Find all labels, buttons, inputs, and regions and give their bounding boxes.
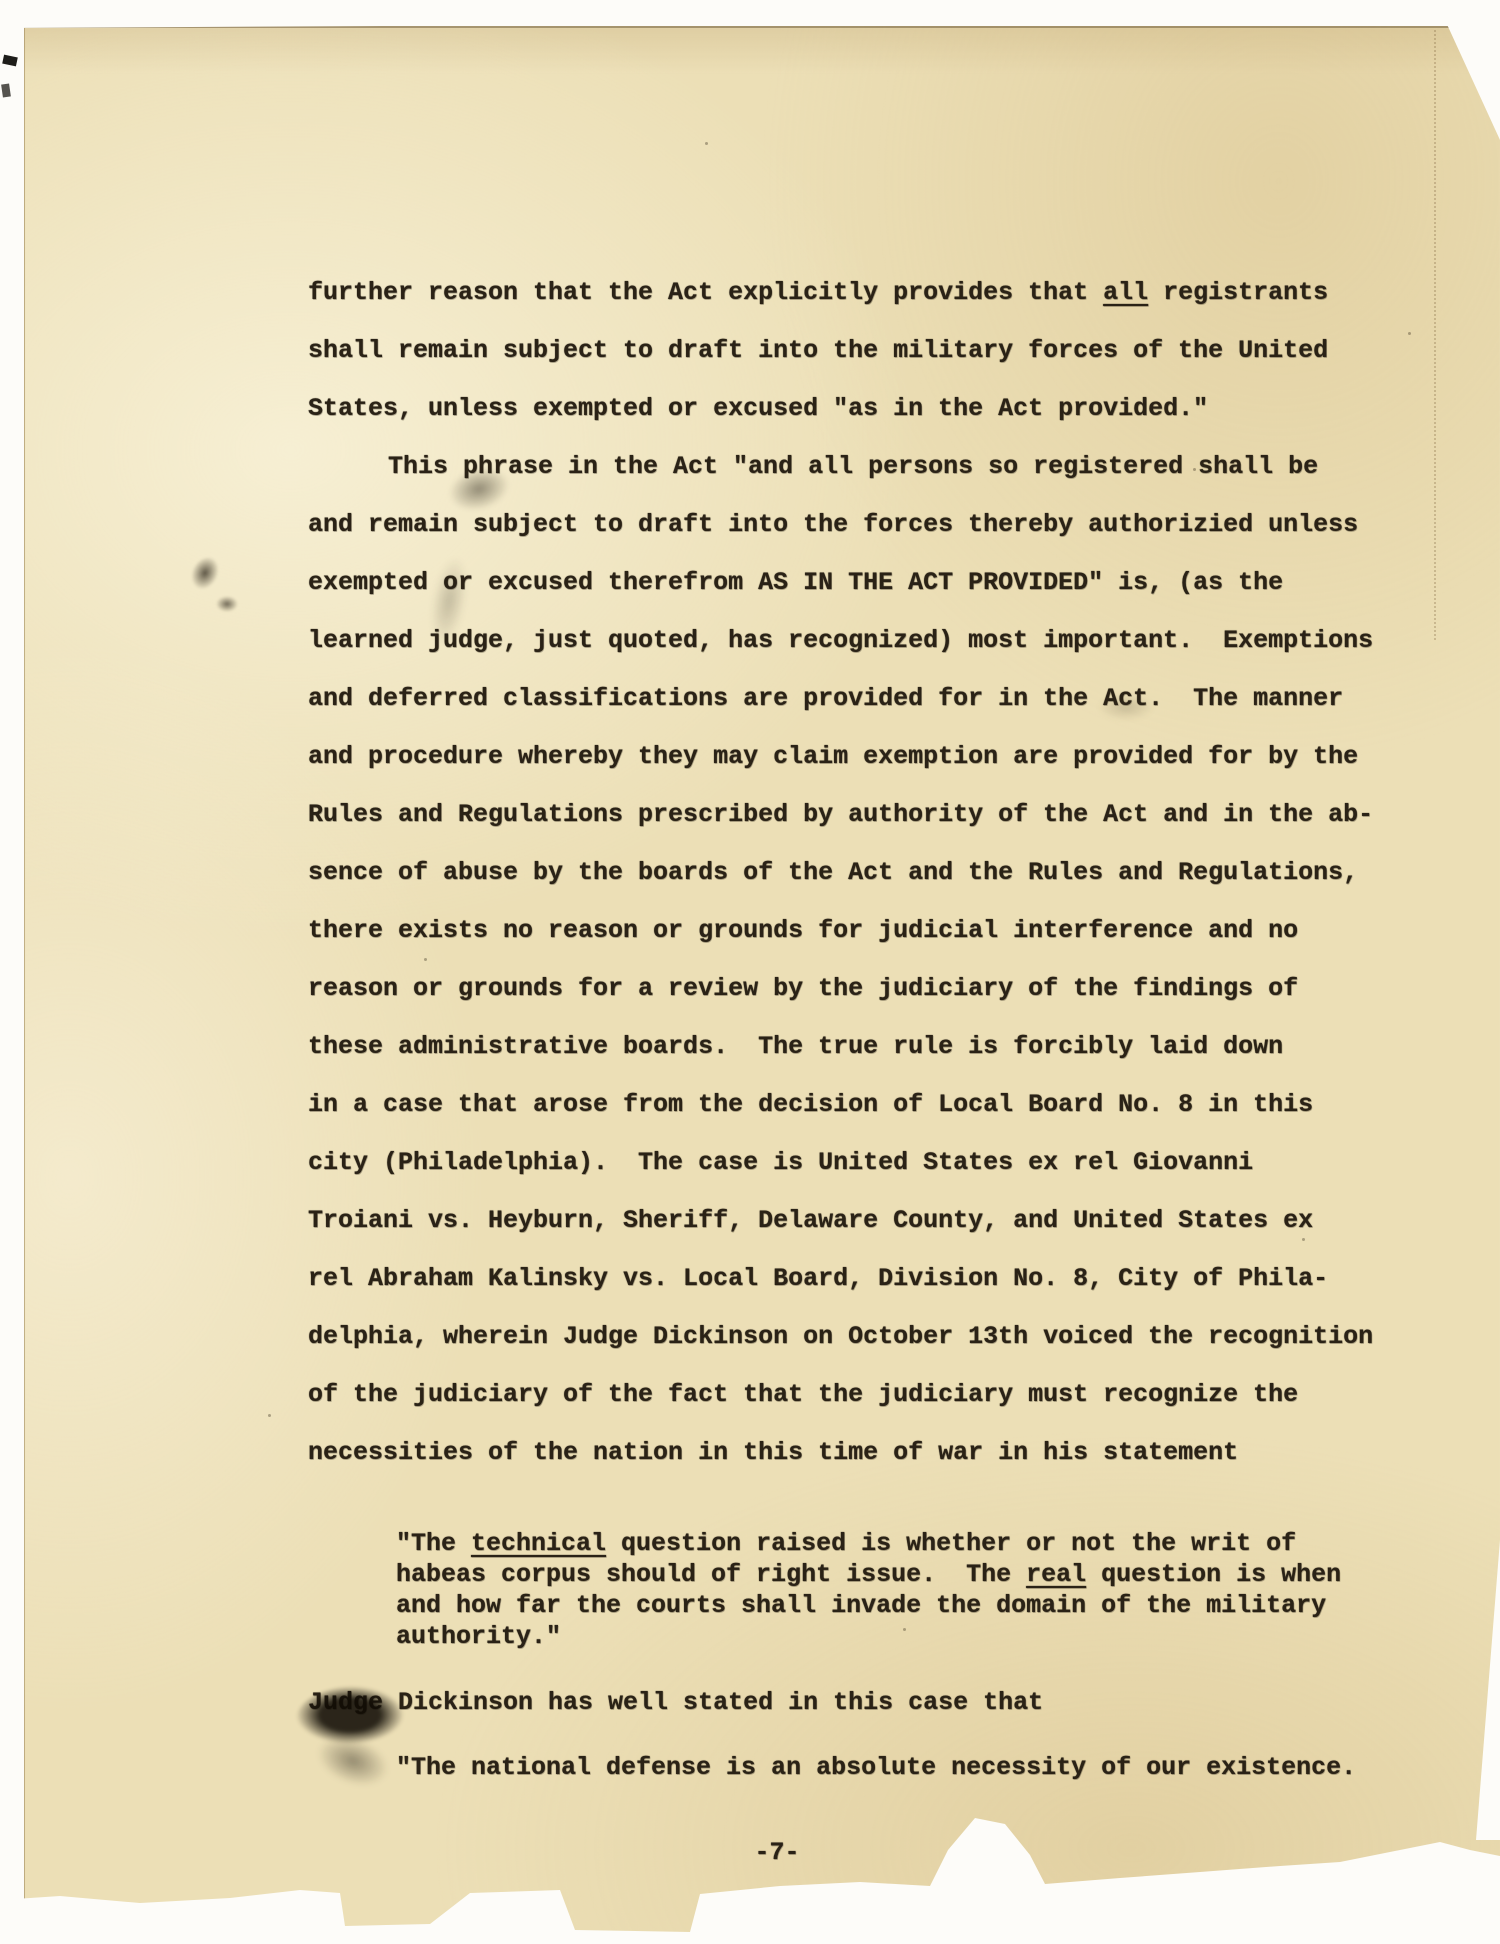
paper-speck [705,142,708,145]
typed-line: and remain subject to draft into the for… [308,496,1373,554]
typed-line: city (Philadelphia). The case is United … [308,1134,1373,1192]
typed-text: learned judge, just quoted, has recogniz… [308,626,1373,655]
scanner-margin-left [0,0,24,1910]
underlined-word: all [1103,278,1148,307]
typed-line: in a case that arose from the decision o… [308,1076,1373,1134]
typed-line: rel Abraham Kalinsky vs. Local Board, Di… [308,1250,1373,1308]
paper-speck [903,1628,906,1631]
typed-text: and remain subject to draft into the for… [308,510,1358,539]
typed-text: there exists no reason or grounds for ju… [308,916,1298,945]
scanned-document-page: further reason that the Act explicitly p… [0,0,1500,1944]
judge-statement-line: Judge Dickinson has well stated in this … [308,1686,1043,1720]
typed-text: registrants [1148,278,1328,307]
typed-text: "The [396,1529,471,1558]
typed-line: sence of abuse by the boards of the Act … [308,844,1373,902]
quote-line: and how far the courts shall invade the … [396,1590,1341,1621]
typed-text: Judge Dickinson has well stated in this … [308,1688,1043,1717]
typed-line: States, unless exempted or excused "as i… [308,380,1373,438]
typed-line: these administrative boards. The true ru… [308,1018,1373,1076]
typed-line: and procedure whereby they may claim exe… [308,728,1373,786]
page-number: -7- [0,1838,1500,1868]
typed-line: shall remain subject to draft into the m… [308,322,1373,380]
underlined-word: technical [471,1529,606,1558]
typed-text: and procedure whereby they may claim exe… [308,742,1358,771]
typed-text: delphia, wherein Judge Dickinson on Octo… [308,1322,1373,1351]
paper-speck [424,958,427,961]
typed-text: further reason that the Act explicitly p… [308,278,1103,307]
typed-line: and deferred classifications are provide… [308,670,1373,728]
typed-text: sence of abuse by the boards of the Act … [308,858,1358,887]
paper-speck [1302,1238,1305,1241]
typed-line: Troiani vs. Heyburn, Sheriff, Delaware C… [308,1192,1373,1250]
body-text-block: further reason that the Act explicitly p… [308,264,1373,1482]
typed-line: learned judge, just quoted, has recogniz… [308,612,1373,670]
typed-text: Rules and Regulations prescribed by auth… [308,800,1373,829]
typed-text: and how far the courts shall invade the … [396,1591,1326,1620]
typed-text: necessities of the nation in this time o… [308,1438,1238,1467]
quote-line: habeas corpus should of right issue. The… [396,1559,1341,1590]
typed-line: there exists no reason or grounds for ju… [308,902,1373,960]
typed-text: reason or grounds for a review by the ju… [308,974,1298,1003]
final-quote-line: "The national defense is an absolute nec… [396,1752,1356,1783]
typed-line: of the judiciary of the fact that the ju… [308,1366,1373,1424]
typed-text: in a case that arose from the decision o… [308,1090,1313,1119]
paper-speck [1193,468,1196,471]
typed-text: these administrative boards. The true ru… [308,1032,1283,1061]
typed-line: exempted or excused therefrom AS IN THE … [308,554,1373,612]
quote-line: "The technical question raised is whethe… [396,1528,1341,1559]
underlined-word: real [1026,1560,1086,1589]
typed-line: necessities of the nation in this time o… [308,1424,1373,1482]
typed-text: exempted or excused therefrom AS IN THE … [308,568,1283,597]
typed-line: reason or grounds for a review by the ju… [308,960,1373,1018]
typed-text: authority." [396,1622,561,1651]
typed-text: This phrase in the Act "and all persons … [388,452,1318,481]
quote-line: authority." [396,1621,1341,1652]
typed-text: question raised is whether or not the wr… [606,1529,1296,1558]
typed-text: -7- [754,1838,799,1867]
typed-text: of the judiciary of the fact that the ju… [308,1380,1298,1409]
typed-text: rel Abraham Kalinsky vs. Local Board, Di… [308,1264,1328,1293]
typed-line: Rules and Regulations prescribed by auth… [308,786,1373,844]
typed-text: and deferred classifications are provide… [308,684,1343,713]
typed-text: "The national defense is an absolute nec… [396,1753,1356,1782]
typed-line: further reason that the Act explicitly p… [308,264,1373,322]
typed-text: city (Philadelphia). The case is United … [308,1148,1253,1177]
typed-text: Troiani vs. Heyburn, Sheriff, Delaware C… [308,1206,1313,1235]
typed-line-paragraph-start: This phrase in the Act "and all persons … [308,438,1373,496]
paper-speck [268,1414,271,1417]
typed-line: delphia, wherein Judge Dickinson on Octo… [308,1308,1373,1366]
typed-text: habeas corpus should of right issue. The [396,1560,1026,1589]
typed-text: States, unless exempted or excused "as i… [308,394,1208,423]
typed-text: shall remain subject to draft into the m… [308,336,1328,365]
paper-speck [1408,332,1411,335]
typed-text: question is when [1086,1560,1341,1589]
block-quote: "The technical question raised is whethe… [396,1528,1341,1652]
